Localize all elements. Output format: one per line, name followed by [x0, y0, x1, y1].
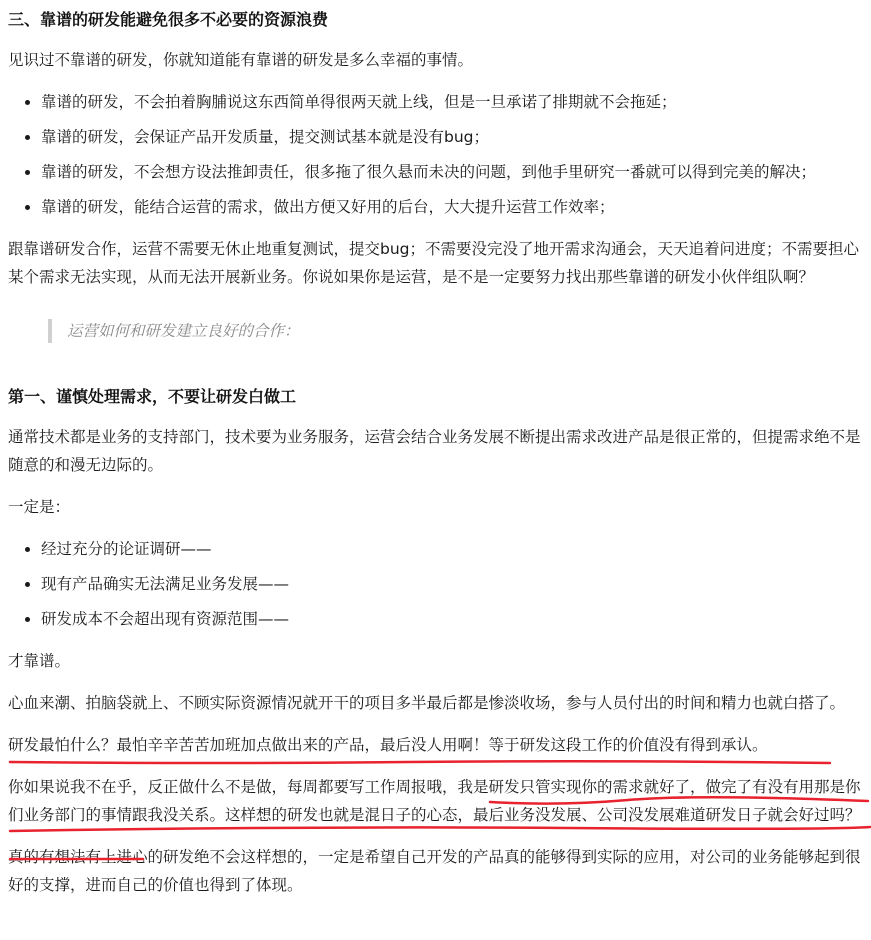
section3-bullet-list: 靠谱的研发，不会拍着胸脯说这东西简单得很两天就上线，但是一旦承诺了排期就不会拖延… [8, 88, 863, 221]
paragraph: 才靠谱。 [8, 647, 863, 675]
paragraph: 心血来潮、拍脑袋就上、不顾实际资源情况就开干的项目多半最后都是惨淡收场，参与人员… [8, 689, 863, 717]
section3-summary: 跟靠谱研发合作，运营不需要无休止地重复测试，提交bug；不需要没完没了地开需求沟… [8, 235, 863, 291]
underlined-paragraph: 研发最怕什么？最怕辛辛苦苦加班加点做出来的产品，最后没人用啊！等于研发这段工作的… [8, 731, 863, 759]
underlined-paragraph: 你如果说我不在乎，反正做什么不是做，每周都要写工作周报哦，我是研发只管实现你的需… [8, 773, 863, 829]
section3-heading: 三、靠谱的研发能避免很多不必要的资源浪费 [8, 6, 863, 34]
list-item: 经过充分的论证调研—— [41, 535, 863, 563]
list-item: 靠谱的研发，不会想方设法推卸责任，很多拖了很久悬而未决的问题，到他手里研究一番就… [41, 158, 863, 186]
list-item: 现有产品确实无法满足业务发展—— [41, 570, 863, 598]
paragraph: 通常技术都是业务的支持部门，技术要为业务服务，运营会结合业务发展不断提出需求改进… [8, 423, 863, 479]
paragraph-text: 你如果说我不在乎，反正做什么不是做，每周都要写工作周报哦，我是研发只管实现你的需… [8, 778, 861, 824]
section3-intro: 见识过不靠谱的研发，你就知道能有靠谱的研发是多么幸福的事情。 [8, 46, 863, 74]
list-item: 靠谱的研发，能结合运营的需求，做出方便又好用的后台，大大提升运营工作效率； [41, 193, 863, 221]
paragraph: 一定是： [8, 493, 863, 521]
section-first-heading: 第一、谨慎处理需求，不要让研发白做工 [8, 383, 863, 411]
requirements-bullet-list: 经过充分的论证调研—— 现有产品确实无法满足业务发展—— 研发成本不会超出现有资… [8, 535, 863, 633]
blockquote: 运营如何和研发建立良好的合作： [48, 319, 863, 343]
list-item: 靠谱的研发，会保证产品开发质量，提交测试基本就是没有bug； [41, 123, 863, 151]
article: 三、靠谱的研发能避免很多不必要的资源浪费 见识过不靠谱的研发，你就知道能有靠谱的… [0, 0, 871, 899]
list-item: 研发成本不会超出现有资源范围—— [41, 605, 863, 633]
list-item: 靠谱的研发，不会拍着胸脯说这东西简单得很两天就上线，但是一旦承诺了排期就不会拖延… [41, 88, 863, 116]
paragraph: 真的有想法有上进心的研发绝不会这样想的，一定是希望自己开发的产品真的能够得到实际… [8, 843, 863, 899]
paragraph-text: 研发最怕什么？最怕辛辛苦苦加班加点做出来的产品，最后没人用啊！等于研发这段工作的… [8, 736, 768, 754]
